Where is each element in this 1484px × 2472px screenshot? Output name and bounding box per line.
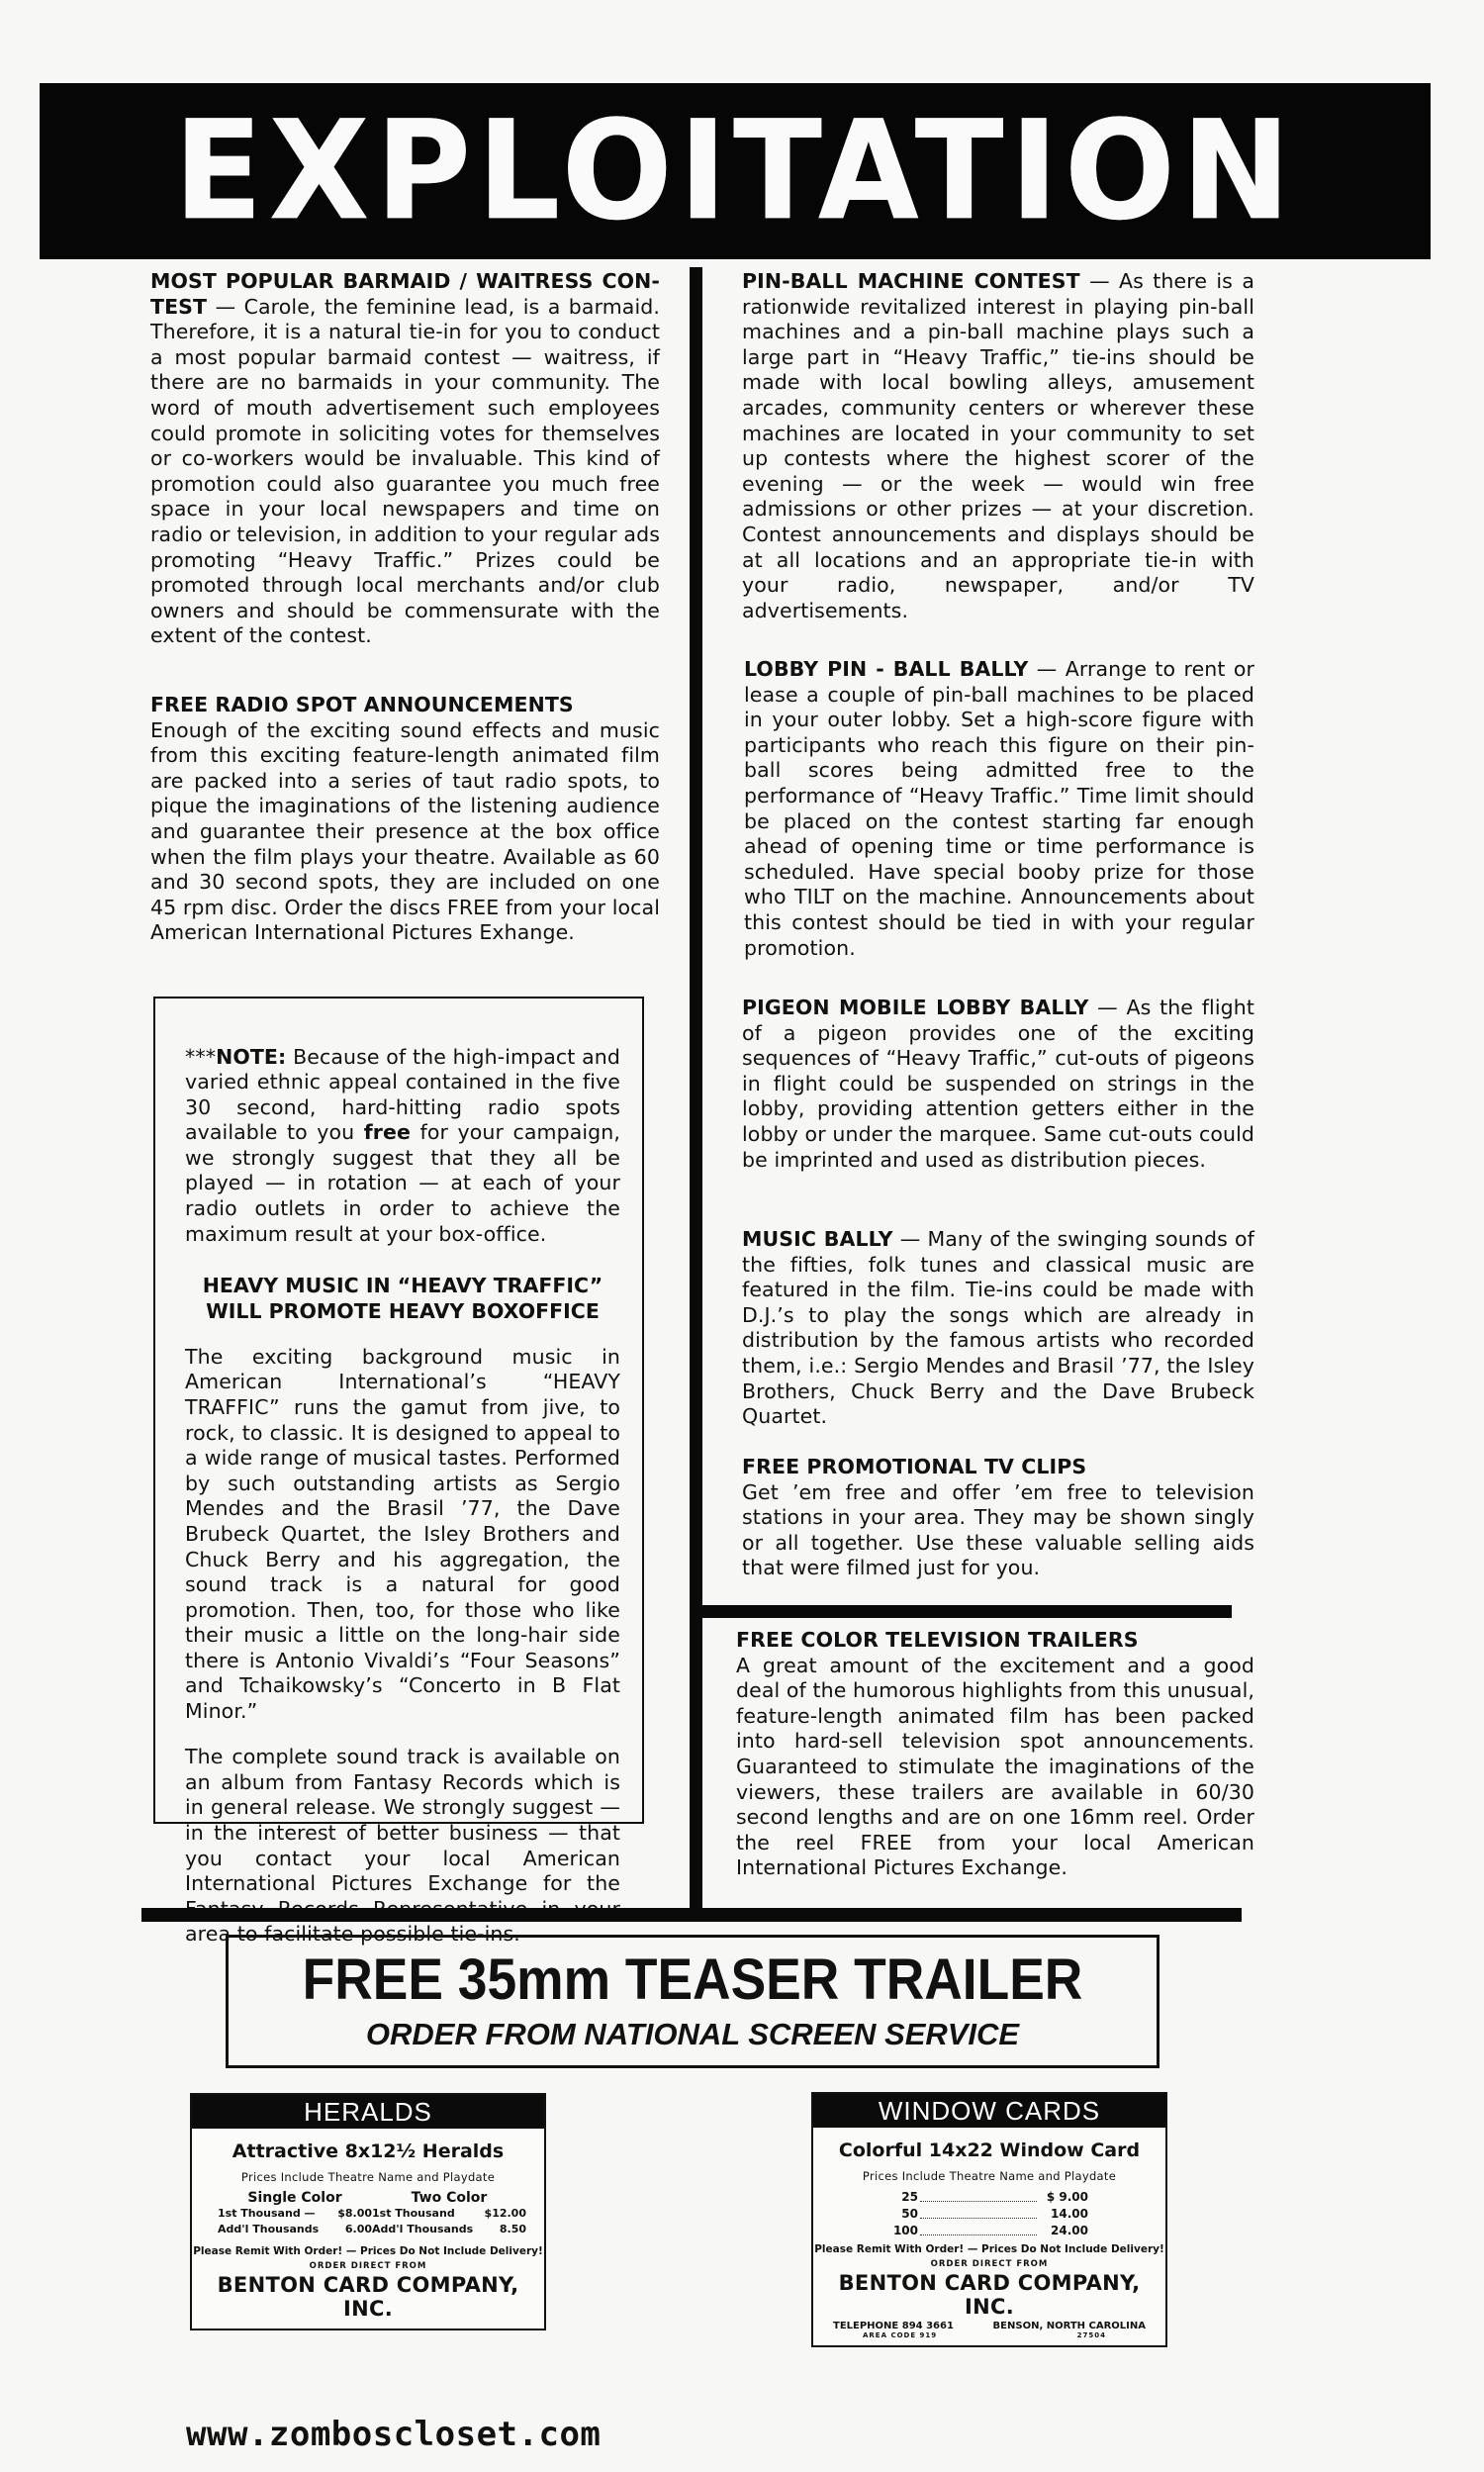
price-columns: Single Color 1st Thousand —$8.00 Add'l T… <box>192 2184 544 2237</box>
window-cards-ad: WINDOW CARDS Colorful 14x22 Window Card … <box>811 2092 1167 2347</box>
company-name: BENTON CARD COMPANY, INC. <box>192 2273 544 2321</box>
section-heading: MUSIC BALLY <box>742 1227 893 1251</box>
prices-note: Prices Include Theatre Name and Playdate <box>813 2169 1165 2183</box>
section-body: — As there is a rationwide revitalized i… <box>742 269 1254 622</box>
note-box: ***NOTE: Because of the high-impact and … <box>153 997 644 1824</box>
section-radio-spots: FREE RADIO SPOT ANNOUNCEMENTS Enough of … <box>150 693 660 946</box>
single-color-prices: Single Color 1st Thousand —$8.00 Add'l T… <box>218 2190 372 2237</box>
remit-note: Please Remit With Order! — Prices Do Not… <box>813 2243 1165 2255</box>
section-heading: PIN-BALL MACHINE CONTEST <box>742 269 1080 293</box>
teaser-title: FREE 35mm TEASER TRAILER <box>266 1949 1120 2011</box>
company-name: BENTON CARD COMPANY, INC. <box>813 2271 1165 2319</box>
section-body: A great amount of the excitement and a g… <box>736 1654 1254 1881</box>
website-url[interactable]: www.zomboscloset.com <box>186 2415 601 2454</box>
exploitation-banner: EXPLOITATION <box>40 83 1431 259</box>
section-body: Get ’em free and offer ’em free to telev… <box>742 1480 1254 1581</box>
section-tv-clips: FREE PROMOTIONAL TV CLIPS Get ’em free a… <box>742 1455 1254 1581</box>
remit-note: Please Remit With Order! — Prices Do Not… <box>192 2245 544 2257</box>
section-body: — Arrange to rent or lease a couple of p… <box>744 657 1254 960</box>
price-list: 25$ 9.00 5014.00 10024.00 <box>890 2189 1088 2239</box>
heralds-ad: HERALDS Attractive 8x12½ Heralds Prices … <box>190 2093 546 2330</box>
ad-header: WINDOW CARDS <box>813 2094 1165 2128</box>
column-divider <box>690 267 702 1922</box>
ad-title: Colorful 14x22 Window Card <box>813 2139 1165 2161</box>
prices-note: Prices Include Theatre Name and Playdate <box>192 2170 544 2184</box>
music-body: The exciting background music in America… <box>185 1345 620 1725</box>
ad-header: HERALDS <box>192 2095 544 2129</box>
section-tv-trailers: FREE COLOR TELEVISION TRAILERS A great a… <box>736 1628 1254 1881</box>
section-heading: FREE PROMOTIONAL TV CLIPS <box>742 1455 1254 1480</box>
section-lobby-pinball: LOBBY PIN - BALL BALLY — Arrange to rent… <box>744 657 1254 961</box>
order-direct: ORDER DIRECT FROM <box>192 2261 544 2271</box>
section-music-bally: MUSIC BALLY — Many of the swinging sound… <box>742 1227 1254 1430</box>
section-heading: PIGEON MOBILE LOBBY BALLY <box>742 996 1088 1019</box>
bottom-divider <box>141 1908 1242 1922</box>
section-body: Enough of the exciting sound effects and… <box>150 718 660 946</box>
section-heading: FREE RADIO SPOT ANNOUNCEMENTS <box>150 693 660 718</box>
note-paragraph: ***NOTE: Because of the high-impact and … <box>185 1045 620 1248</box>
ad-title: Attractive 8x12½ Heralds <box>192 2140 544 2162</box>
teaser-subtitle: ORDER FROM NATIONAL SCREEN SERVICE <box>229 2017 1157 2052</box>
banner-title: EXPLOITATION <box>174 91 1297 251</box>
section-heading: FREE COLOR TELEVISION TRAILERS <box>736 1628 1254 1654</box>
teaser-trailer-box: FREE 35mm TEASER TRAILER ORDER FROM NATI… <box>226 1935 1159 2068</box>
section-barmaid-contest: MOST POPULAR BARMAID / WAITRESS CON- TES… <box>150 269 660 649</box>
section-body: — Carole, the feminine lead, is a barmai… <box>150 295 660 648</box>
order-direct: ORDER DIRECT FROM <box>813 2259 1165 2269</box>
section-body: — Many of the swinging sounds of the fif… <box>742 1227 1254 1428</box>
trailers-divider <box>690 1605 1232 1618</box>
two-color-prices: Two Color 1st Thousand$12.00 Add'l Thous… <box>372 2190 526 2237</box>
section-body: — As the flight of a pigeon provides one… <box>742 996 1254 1172</box>
section-heading: LOBBY PIN - BALL BALLY <box>744 657 1028 681</box>
section-pinball-contest: PIN-BALL MACHINE CONTEST — As there is a… <box>742 269 1254 623</box>
note-label: NOTE: <box>216 1045 286 1069</box>
contact-info: TELEPHONE 894 3661 BENSON, NORTH CAROLIN… <box>813 2319 1165 2331</box>
section-pigeon-bally: PIGEON MOBILE LOBBY BALLY — As the fligh… <box>742 996 1254 1173</box>
music-subheading: HEAVY MUSIC IN “HEAVY TRAFFIC” WILL PROM… <box>185 1273 620 1324</box>
